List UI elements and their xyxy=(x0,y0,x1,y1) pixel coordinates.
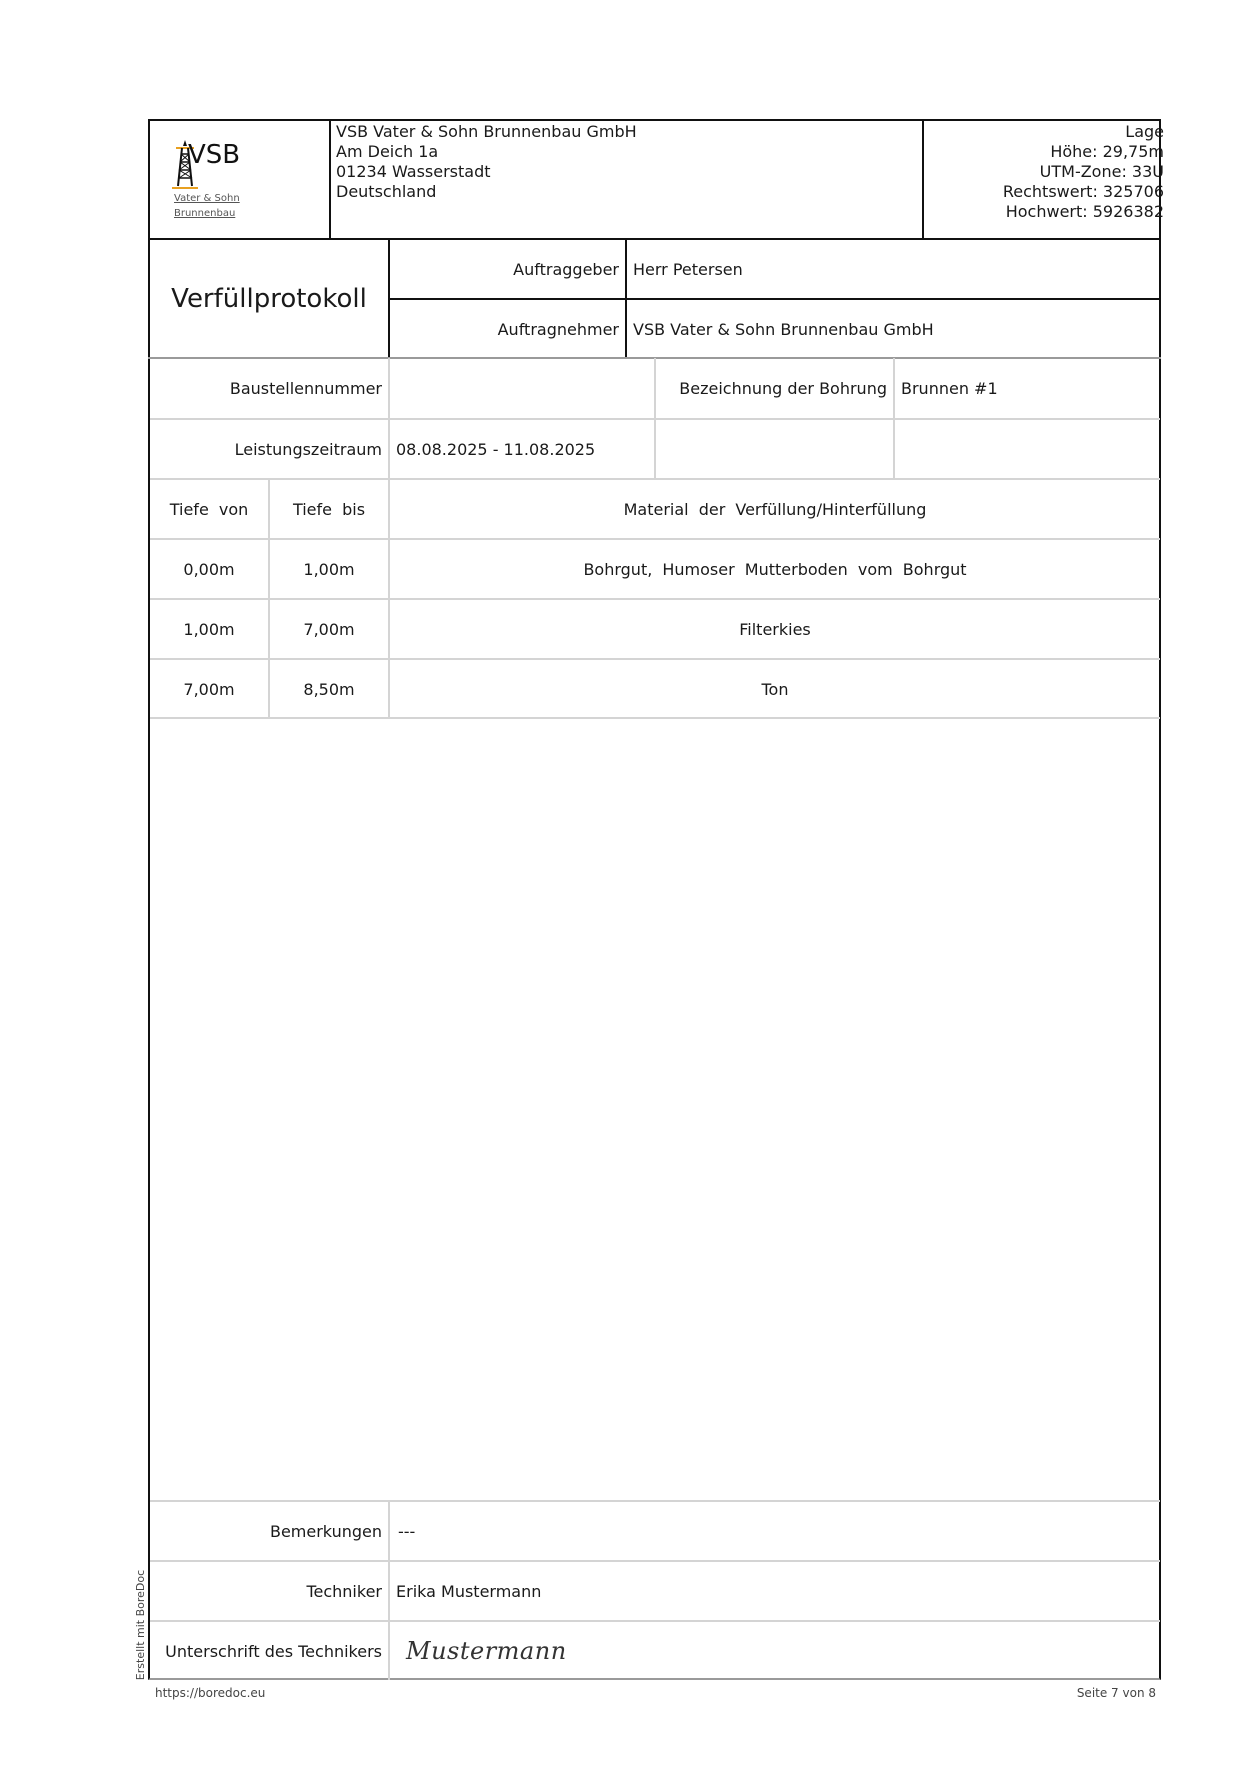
contractor-label: Auftragnehmer xyxy=(390,300,625,358)
material: Bohrgut, Humoser Mutterboden vom Bohrgut xyxy=(390,540,1160,598)
company-city: 01234 Wasserstadt xyxy=(336,162,637,182)
depth-from: 1,00m xyxy=(150,600,268,658)
col-header-depth-to: Tiefe bis xyxy=(270,480,388,538)
site-number-value xyxy=(390,358,654,418)
logo-subtitle-1: Vater & Sohn xyxy=(174,192,240,206)
company-street: Am Deich 1a xyxy=(336,142,637,162)
depth-to: 7,00m xyxy=(270,600,388,658)
company-name: VSB Vater & Sohn Brunnenbau GmbH xyxy=(336,122,637,142)
col-header-material: Material der Verfüllung/Hinterfüllung xyxy=(390,480,1160,538)
company-address: VSB Vater & Sohn Brunnenbau GmbH Am Deic… xyxy=(336,122,637,202)
bore-name-value: Brunnen #1 xyxy=(895,358,1159,418)
depth-from: 0,00m xyxy=(150,540,268,598)
footer-url[interactable]: https://boredoc.eu xyxy=(155,1686,265,1700)
site-number-label: Baustellennummer xyxy=(150,358,388,418)
company-logo: VSB Vater & Sohn Brunnenbau xyxy=(168,138,308,228)
depth-to: 8,50m xyxy=(270,660,388,718)
period-label: Leistungszeitraum xyxy=(150,420,388,478)
location-title: Lage xyxy=(930,122,1164,142)
page-number: Seite 7 von 8 xyxy=(960,1686,1156,1700)
logo-mark: VSB xyxy=(188,142,240,168)
bore-name-label: Bezeichnung der Bohrung xyxy=(656,358,893,418)
technician-signature: Mustermann xyxy=(400,1622,1160,1680)
location-northing: Hochwert: 5926382 xyxy=(930,202,1164,222)
remarks-label: Bemerkungen xyxy=(150,1502,388,1560)
created-with-note: Erstellt mit BoreDoc xyxy=(134,1563,150,1687)
contractor-value: VSB Vater & Sohn Brunnenbau GmbH xyxy=(627,300,1159,358)
location-easting: Rechtswert: 325706 xyxy=(930,182,1164,202)
client-label: Auftraggeber xyxy=(390,240,625,298)
technician-value: Erika Mustermann xyxy=(390,1562,1160,1620)
client-value: Herr Petersen xyxy=(627,240,1159,298)
material: Ton xyxy=(390,660,1160,718)
location-height: Höhe: 29,75m xyxy=(930,142,1164,162)
depth-to: 1,00m xyxy=(270,540,388,598)
document-title: Verfüllprotokoll xyxy=(150,240,388,358)
company-country: Deutschland xyxy=(336,182,637,202)
material: Filterkies xyxy=(390,600,1160,658)
divider xyxy=(922,119,924,238)
location-utm-zone: UTM-Zone: 33U xyxy=(930,162,1164,182)
col-header-depth-from: Tiefe von xyxy=(150,480,268,538)
depth-from: 7,00m xyxy=(150,660,268,718)
period-value: 08.08.2025 - 11.08.2025 xyxy=(390,420,654,478)
location-block: Lage Höhe: 29,75m UTM-Zone: 33U Rechtswe… xyxy=(930,122,1164,222)
remarks-value: --- xyxy=(392,1502,1160,1560)
divider xyxy=(329,119,331,238)
signature-label: Unterschrift des Technikers xyxy=(150,1622,388,1680)
technician-label: Techniker xyxy=(150,1562,388,1620)
logo-subtitle-2: Brunnenbau xyxy=(174,207,235,221)
